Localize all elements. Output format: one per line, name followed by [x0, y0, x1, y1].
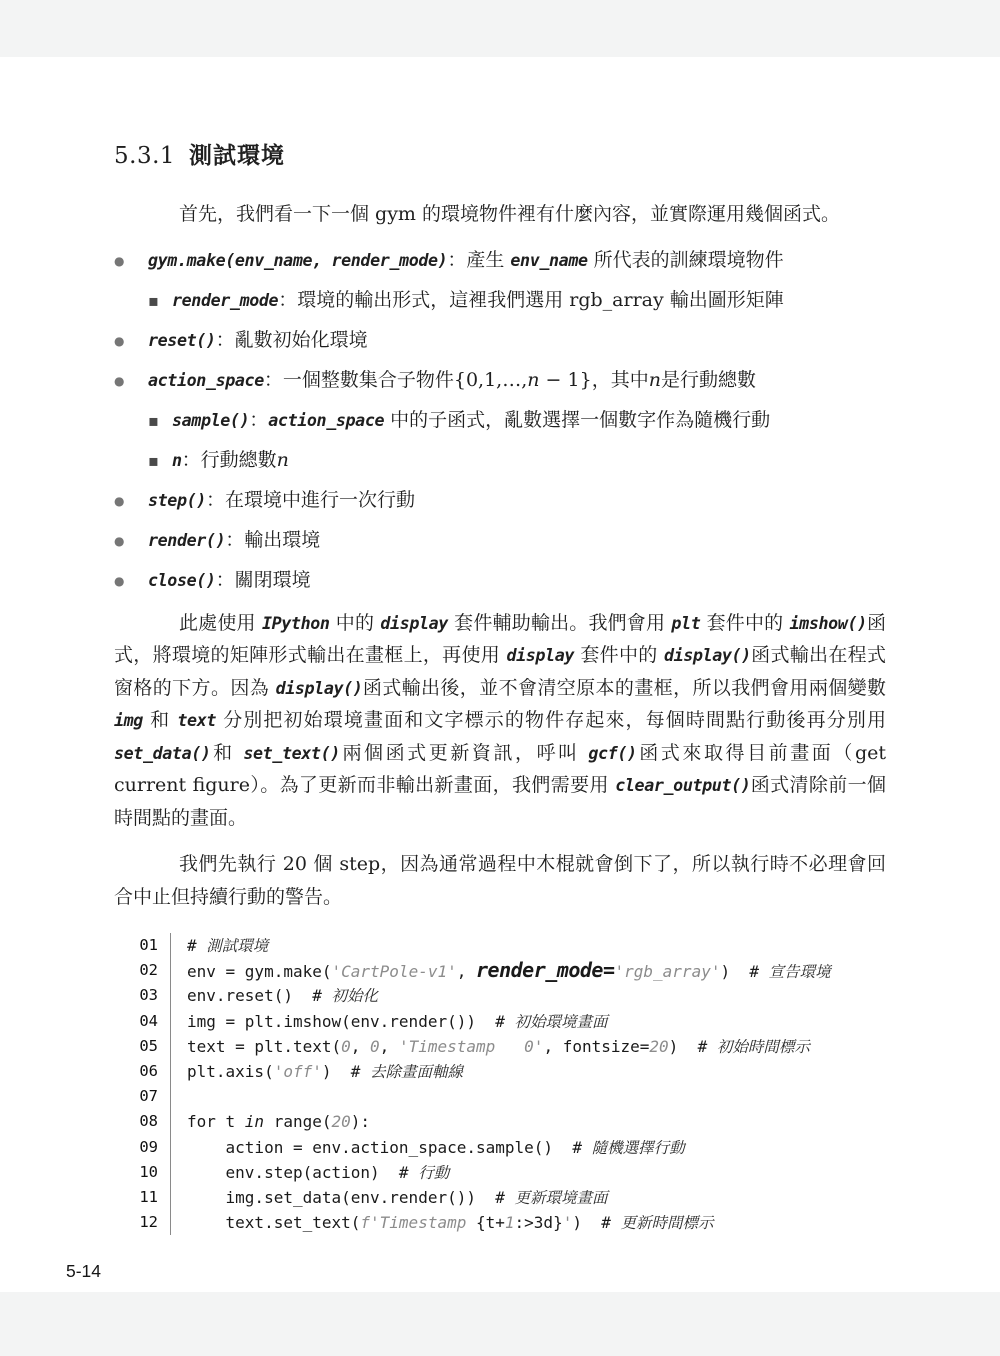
- list-item: action_space：一個整數集合子物件{0,1,…,n − 1}，其中n是…: [114, 367, 886, 394]
- code-text: img = plt.imshow(env.render()) # 初始環境畫面: [171, 1009, 608, 1035]
- text-segment: ：在環境中進行一次行動: [206, 489, 415, 511]
- text-segment: 0: [370, 1037, 380, 1056]
- code-text: text.set_text(f'Timestamp {t+1:>3d}') # …: [171, 1210, 714, 1236]
- text-segment: n: [649, 369, 661, 391]
- code-text: text = plt.text(0, 0, 'Timestamp 0', fon…: [171, 1034, 810, 1060]
- text-segment: img.set_data(env.render()) #: [187, 1188, 515, 1207]
- text-segment: 去除畫面軸線: [370, 1063, 463, 1081]
- list-item: n：行動總數n: [148, 447, 886, 474]
- text-segment: 測試環境: [206, 937, 268, 955]
- text-segment: render_mode: [172, 290, 278, 310]
- text-segment: 函式輸出後，並不會清空原本的畫框，所以我們會用兩個變數: [362, 677, 886, 699]
- text-segment: for t: [187, 1112, 245, 1131]
- text-segment: 我們先執行 20 個 step，因為通常過程中木棍就會倒下了，所以執行時不必理會…: [114, 853, 886, 908]
- section-heading: 5.3.1測試環境: [114, 141, 886, 171]
- list-item: render_mode：環境的輸出形式，這裡我們選用 rgb_array 輸出圖…: [148, 287, 886, 314]
- text-segment: f'Timestamp: [360, 1213, 476, 1232]
- section-title: 測試環境: [189, 142, 285, 169]
- text-segment: ：輸出環境: [225, 529, 320, 551]
- text-segment: ': [563, 1213, 573, 1232]
- text-segment: text.set_text(: [187, 1213, 360, 1232]
- text-segment: 此處使用: [179, 612, 262, 634]
- text-segment: display: [380, 613, 448, 633]
- code-line: 10 env.step(action) # 行動: [128, 1160, 886, 1185]
- text-segment: 隨機選擇行動: [592, 1139, 685, 1157]
- text-segment: 中的子函式，亂數選擇一個數字作為隨機行動: [384, 409, 770, 431]
- text-segment: sample(): [172, 410, 249, 430]
- text-segment: 套件中的: [700, 612, 789, 634]
- code-line: 07: [128, 1084, 886, 1109]
- text-segment: set_data(): [114, 743, 211, 763]
- page-top-band: [0, 0, 1000, 57]
- code-listing: 01# 測試環境02env = gym.make('CartPole-v1', …: [128, 933, 886, 1235]
- text-segment: ):: [351, 1112, 370, 1131]
- text-segment: n: [277, 449, 289, 471]
- intro-paragraph: 首先，我們看一下一個 gym 的環境物件裡有什麼內容，並實際運用幾個函式。: [114, 198, 886, 231]
- text-segment: display(): [276, 678, 363, 698]
- text-segment: in: [245, 1112, 264, 1131]
- list-item: render()：輸出環境: [114, 527, 886, 554]
- page-number: 5-14: [66, 1261, 101, 1282]
- text-segment: 20: [649, 1037, 668, 1056]
- text-segment: 所代表的訓練環境物件: [588, 249, 784, 271]
- text-segment: :>3d}: [515, 1213, 563, 1232]
- list-item: step()：在環境中進行一次行動: [114, 487, 886, 514]
- text-segment: 'rgb_array': [615, 962, 721, 981]
- text-segment: text = plt.text(: [187, 1037, 341, 1056]
- text-segment: img: [114, 710, 143, 730]
- line-number: 10: [128, 1160, 171, 1185]
- text-segment: text: [177, 710, 216, 730]
- text-segment: 1: [505, 1213, 515, 1232]
- text-segment: IPython: [262, 613, 330, 633]
- text-segment: action_space: [148, 370, 264, 390]
- text-segment: 更新環境畫面: [515, 1189, 608, 1207]
- text-segment: ：: [249, 409, 268, 431]
- text-segment: 宣告環境: [769, 963, 831, 981]
- text-segment: 首先，我們看一下一個 gym 的環境物件裡有什麼內容，並實際運用幾個函式。: [179, 203, 840, 225]
- line-number: 03: [128, 983, 171, 1008]
- text-segment: clear_output(): [615, 775, 750, 795]
- text-segment: render(): [148, 530, 225, 550]
- code-line: 06plt.axis('off') # 去除畫面軸線: [128, 1059, 886, 1084]
- code-line: 03env.reset() # 初始化: [128, 983, 886, 1008]
- text-segment: 初始時間標示: [717, 1038, 810, 1056]
- text-segment: ,: [457, 962, 476, 981]
- line-number: 04: [128, 1009, 171, 1034]
- text-segment: 初始環境畫面: [515, 1013, 608, 1031]
- text-segment: #: [187, 936, 206, 955]
- code-text: img.set_data(env.render()) # 更新環境畫面: [171, 1185, 608, 1211]
- line-number: 01: [128, 933, 171, 958]
- text-segment: env.step(action) #: [187, 1163, 418, 1182]
- text-segment: 初始化: [332, 987, 379, 1005]
- text-segment: action_space: [268, 410, 384, 430]
- code-text: env = gym.make('CartPole-v1', render_mod…: [171, 958, 831, 985]
- text-segment: img = plt.imshow(env.render()) #: [187, 1012, 515, 1031]
- text-segment: action = env.action_space.sample() #: [187, 1138, 592, 1157]
- text-segment: 'off': [274, 1062, 322, 1081]
- code-text: env.step(action) # 行動: [171, 1160, 449, 1186]
- text-segment: , fontsize=: [543, 1037, 649, 1056]
- line-number: 06: [128, 1059, 171, 1084]
- text-segment: ,: [380, 1037, 399, 1056]
- text-segment: 'Timestamp 0': [399, 1037, 544, 1056]
- line-number: 11: [128, 1185, 171, 1210]
- page-bottom-band: [0, 1292, 1000, 1356]
- text-segment: gym.make(env_name, render_mode): [148, 250, 447, 270]
- text-segment: ：一個整數集合子物件{0,1,…,: [264, 369, 527, 391]
- text-segment: imshow(): [790, 613, 867, 633]
- text-segment: 更新時間標示: [621, 1214, 714, 1232]
- text-segment: 中的: [330, 612, 381, 634]
- list-item: sample()：action_space 中的子函式，亂數選擇一個數字作為隨機…: [148, 407, 886, 434]
- text-segment: 20: [332, 1112, 351, 1131]
- text-segment: env.reset() #: [187, 986, 332, 1005]
- text-segment: 0: [341, 1037, 351, 1056]
- text-segment: n: [172, 450, 182, 470]
- text-segment: env_name: [510, 250, 587, 270]
- list-item: gym.make(env_name, render_mode)：產生 env_n…: [114, 247, 886, 274]
- code-line: 04img = plt.imshow(env.render()) # 初始環境畫…: [128, 1009, 886, 1034]
- text-segment: ：環境的輸出形式，這裡我們選用 rgb_array 輸出圖形矩陣: [278, 289, 784, 311]
- line-number: 08: [128, 1109, 171, 1134]
- text-segment: 和: [143, 709, 177, 731]
- code-text: action = env.action_space.sample() # 隨機選…: [171, 1135, 685, 1161]
- run-steps-paragraph: 我們先執行 20 個 step，因為通常過程中木棍就會倒下了，所以執行時不必理會…: [114, 848, 886, 913]
- text-segment: reset(): [148, 330, 216, 350]
- text-segment: ：亂數初始化環境: [216, 329, 368, 351]
- code-line: 05text = plt.text(0, 0, 'Timestamp 0', f…: [128, 1034, 886, 1059]
- page-content: 5.3.1測試環境 首先，我們看一下一個 gym 的環境物件裡有什麼內容，並實際…: [114, 57, 886, 1235]
- text-segment: ：產生: [447, 249, 510, 271]
- text-segment: ) #: [669, 1037, 717, 1056]
- text-segment: 是行動總數: [661, 369, 756, 391]
- text-segment: − 1}，其中: [540, 369, 649, 391]
- text-segment: 套件輔助輸出。我們會用: [448, 612, 671, 634]
- text-segment: step(): [148, 490, 206, 510]
- line-number: 09: [128, 1135, 171, 1160]
- text-segment: 分別把初始環境畫面和文字標示的物件存起來，每個時間點行動後再分別用: [216, 709, 886, 731]
- book-page: { "heading": {"number": "5.3.1", "title"…: [0, 0, 1000, 1356]
- text-segment: n: [527, 369, 539, 391]
- line-number: 07: [128, 1084, 171, 1109]
- list-item: close()：關閉環境: [114, 567, 886, 594]
- text-segment: ：關閉環境: [216, 569, 311, 591]
- text-segment: ) #: [322, 1062, 370, 1081]
- code-text: plt.axis('off') # 去除畫面軸線: [171, 1059, 463, 1085]
- text-segment: range(: [264, 1112, 331, 1131]
- list-item: reset()：亂數初始化環境: [114, 327, 886, 354]
- text-segment: render_mode=: [476, 958, 615, 982]
- code-line: 12 text.set_text(f'Timestamp {t+1:>3d}')…: [128, 1210, 886, 1235]
- code-text: env.reset() # 初始化: [171, 983, 378, 1009]
- text-segment: set_text(): [243, 743, 340, 763]
- gym-function-list: gym.make(env_name, render_mode)：產生 env_n…: [114, 247, 886, 594]
- text-segment: ) #: [720, 962, 768, 981]
- code-text: [171, 1084, 197, 1109]
- code-line: 08for t in range(20):: [128, 1109, 886, 1134]
- text-segment: env = gym.make(: [187, 962, 332, 981]
- code-line: 11 img.set_data(env.render()) # 更新環境畫面: [128, 1185, 886, 1210]
- text-segment: {t+: [476, 1213, 505, 1232]
- line-number: 05: [128, 1034, 171, 1059]
- code-text: # 測試環境: [171, 933, 268, 959]
- code-text: for t in range(20):: [171, 1109, 370, 1134]
- text-segment: plt: [671, 613, 700, 633]
- text-segment: gcf(): [588, 743, 636, 763]
- text-segment: ) #: [572, 1213, 620, 1232]
- code-line: 01# 測試環境: [128, 933, 886, 958]
- text-segment: display: [506, 645, 574, 665]
- text-segment: 行動: [418, 1164, 449, 1182]
- section-number: 5.3.1: [114, 143, 175, 169]
- text-segment: 兩個函式更新資訊，呼叫: [340, 742, 588, 764]
- text-segment: 'CartPole-v1': [332, 962, 457, 981]
- line-number: 12: [128, 1210, 171, 1235]
- text-segment: ：行動總數: [182, 449, 277, 471]
- display-paragraph: 此處使用 IPython 中的 display 套件輔助輸出。我們會用 plt …: [114, 607, 886, 835]
- text-segment: 套件中的: [574, 644, 664, 666]
- line-number: 02: [128, 958, 171, 983]
- code-line: 02env = gym.make('CartPole-v1', render_m…: [128, 958, 886, 983]
- text-segment: display(): [664, 645, 751, 665]
- code-line: 09 action = env.action_space.sample() # …: [128, 1135, 886, 1160]
- text-segment: plt.axis(: [187, 1062, 274, 1081]
- text-segment: ,: [351, 1037, 370, 1056]
- text-segment: 和: [211, 742, 244, 764]
- text-segment: close(): [148, 570, 216, 590]
